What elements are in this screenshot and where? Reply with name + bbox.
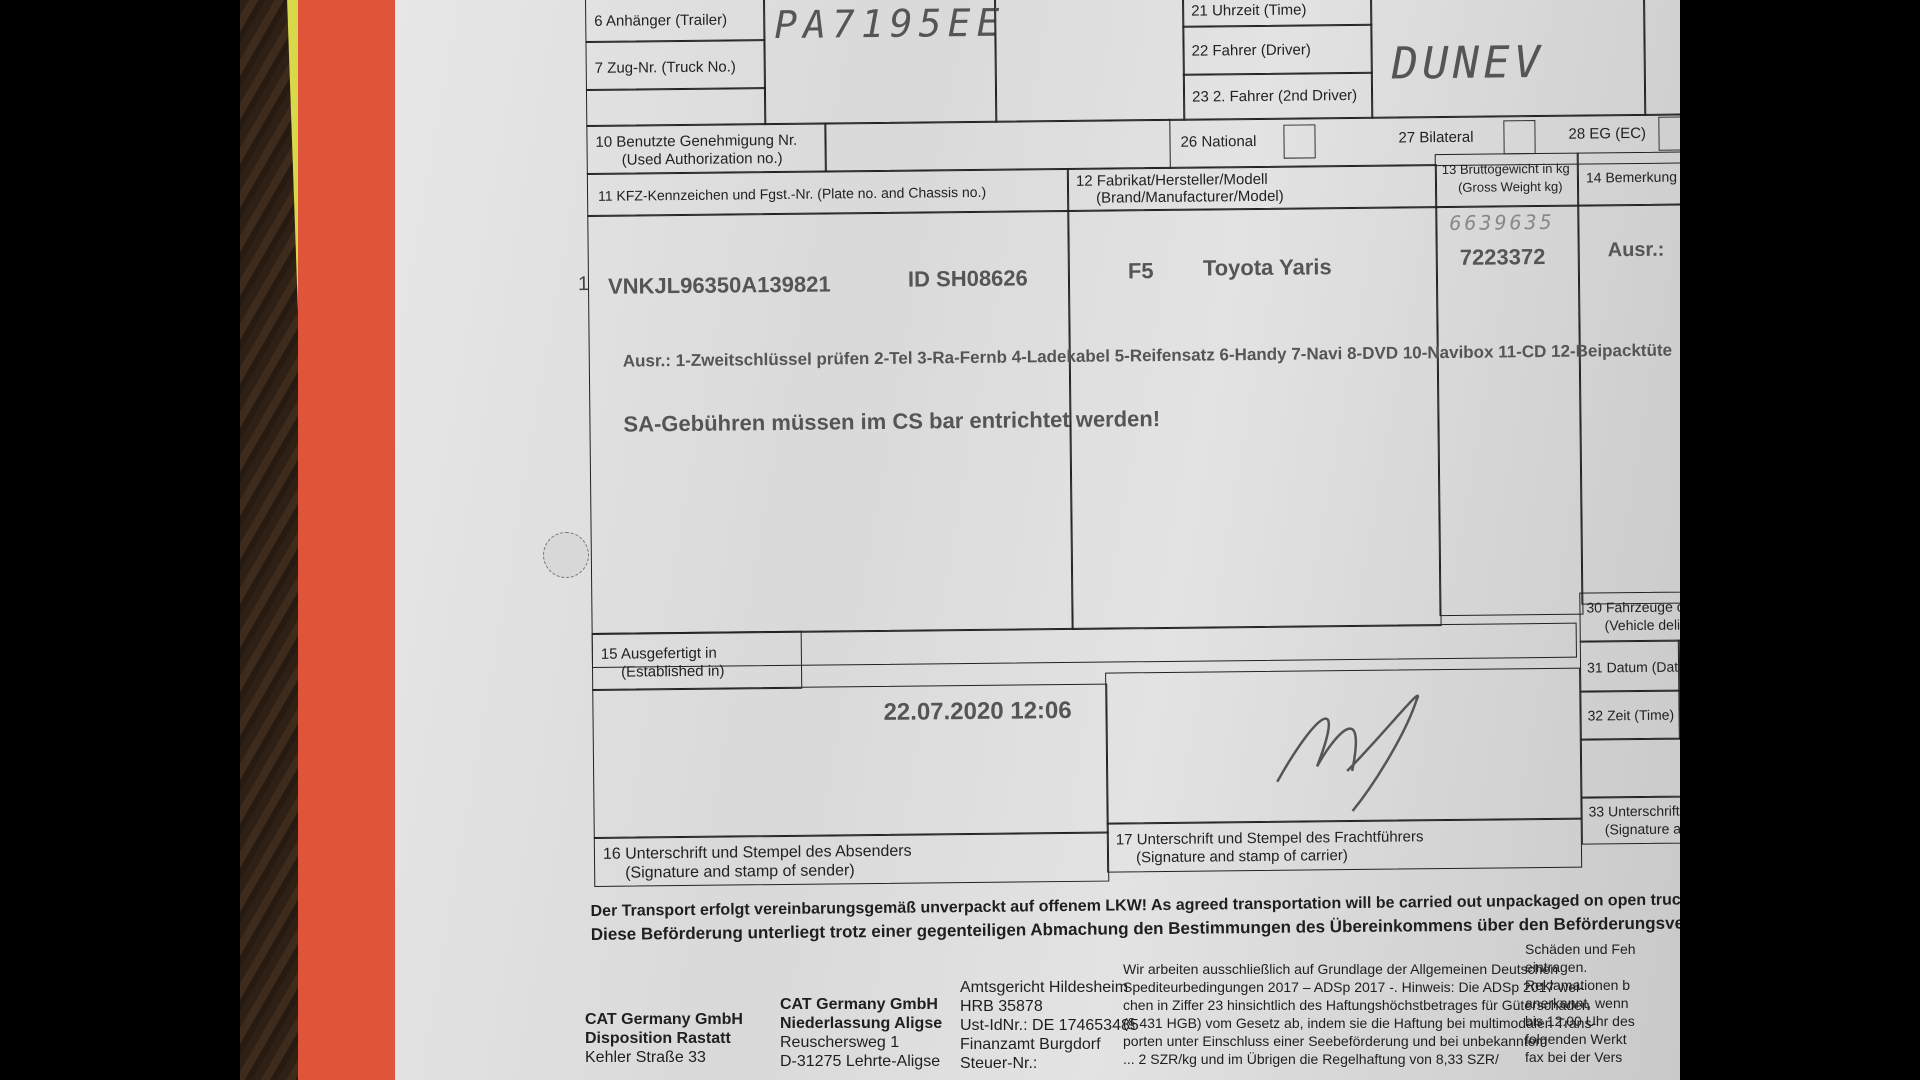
vehicle-id: ID SH08626 [908, 265, 1028, 292]
trailer-number: PA7195EE [774, 1, 1005, 47]
field-14: 14 Bemerkung (Observations) [1577, 151, 1680, 207]
label-weight-en: (Gross Weight kg) [1458, 178, 1563, 196]
label-sender-sign-en: (Signature and stamp of sender) [625, 862, 855, 881]
field-33: 33 Unterschrift und Stempel de (Signatur… [1581, 795, 1680, 845]
field-6: 6 Anhänger (Trailer) [585, 0, 765, 43]
field-11: 11 KFZ-Kennzeichen und Fgst.-Nr. (Plate … [587, 168, 1069, 217]
label-ec: 28 EG (EC) [1568, 125, 1646, 143]
field-7: 7 Zug-Nr. (Truck No.) [585, 39, 766, 91]
claims-line: eintragen. [1525, 958, 1636, 976]
company-address-2: CAT Germany GmbH Niederlassung Aligse Re… [780, 995, 942, 1071]
label-plate-chassis: 11 KFZ-Kennzeichen und Fgst.-Nr. (Plate … [598, 184, 986, 205]
label-2nd-driver: 23 2. Fahrer (2nd Driver) [1192, 87, 1357, 106]
field-13: 13 Bruttogewicht in kg (Gross Weight kg) [1435, 153, 1580, 209]
cmr-form-paper: 6 Anhänger (Trailer) 7 Zug-Nr. (Truck No… [395, 0, 1680, 1080]
field-time-value[interactable] [1678, 689, 1680, 740]
field-blank-right [1643, 0, 1680, 116]
field-driver-value[interactable]: DUNEV [1370, 0, 1646, 119]
label-consignee-sign-en: (Signature and stamp of co [1605, 820, 1680, 839]
company1-name: CAT Germany GmbH [585, 1010, 743, 1029]
field-blank [586, 87, 766, 127]
label-weight: 13 Bruttogewicht in kg [1442, 160, 1570, 178]
gross-weight: 7223372 [1460, 244, 1546, 271]
checkbox-bilateral[interactable] [1503, 120, 1535, 154]
checkbox-ec[interactable] [1658, 116, 1680, 150]
label-trailer: 6 Anhänger (Trailer) [594, 12, 727, 30]
label-authorization: 10 Benutzte Genehmigung Nr. [595, 132, 797, 151]
field-30: 30 Fahrzeuge ohne Schäden em (Vehicle de… [1579, 591, 1680, 643]
label-established: 15 Ausgefertigt in [601, 645, 717, 663]
label-sender-sign: 16 Unterschrift und Stempel des Absender… [603, 843, 912, 863]
field-31: 31 Datum (Date) [1580, 640, 1680, 693]
field-empty [994, 0, 1185, 123]
field-15: 15 Ausgefertigt in (Established in) [592, 631, 803, 691]
field-33-sign[interactable] [1581, 737, 1680, 799]
claims-line: Reklamationen b [1525, 976, 1636, 994]
field-32: 32 Zeit (Time) [1580, 690, 1680, 741]
label-truck: 7 Zug-Nr. (Truck No.) [595, 58, 736, 76]
chassis-number: VNKJL96350A139821 [608, 271, 831, 299]
vehicle-model: Toyota Yaris [1203, 254, 1332, 281]
field-trailer-value[interactable]: PA7195EE [763, 0, 997, 125]
label-carrier-sign-en: (Signature and stamp of carrier) [1136, 847, 1348, 866]
label-no-damage: 30 Fahrzeuge ohne Schäden em [1586, 597, 1680, 616]
row-index: 1 [578, 276, 589, 293]
label-no-damage-en: (Vehicle delivered without da [1605, 615, 1680, 634]
label-established-en: (Established in) [621, 663, 725, 681]
established-datetime: 22.07.2020 12:06 [883, 697, 1071, 727]
company2-name: CAT Germany GmbH [780, 995, 942, 1014]
form-grid: 6 Anhänger (Trailer) 7 Zug-Nr. (Truck No… [585, 0, 1680, 918]
body-col-4 [1577, 203, 1680, 605]
punch-hole [543, 532, 589, 578]
observation-text: Ausr.: [1608, 239, 1665, 263]
registry-tax-no: Steuer-Nr.: [960, 1054, 1139, 1073]
registry-info: Amtsgericht Hildesheim HRB 35878 Ust-IdN… [960, 978, 1139, 1073]
field-10: 10 Benutzte Genehmigung Nr. (Used Author… [586, 122, 827, 175]
field-17-area[interactable] [1105, 668, 1582, 825]
registry-hrb: HRB 35878 [960, 997, 1139, 1016]
label-zeit: 32 Zeit (Time) [1587, 707, 1674, 725]
label-brand-en: (Brand/Manufacturer/Model) [1096, 188, 1284, 207]
document-photo: Absender 6 Anhänger (Trailer) 7 Zug-Nr. … [240, 0, 1680, 1080]
field-16-area[interactable]: 22.07.2020 12:06 [592, 684, 1109, 839]
label-authorization-en: (Used Authorization no.) [622, 150, 783, 169]
company2-city: D-31275 Lehrte-Aligse [780, 1052, 942, 1071]
label-consignee-sign: 33 Unterschrift und Stempel de [1588, 802, 1680, 821]
claims-line: bis 12.00 Uhr des [1525, 1012, 1636, 1030]
field-16: 16 Unterschrift und Stempel des Absender… [594, 832, 1109, 887]
field-12: 12 Fabrikat/Hersteller/Modell (Brand/Man… [1067, 164, 1437, 212]
label-brand: 12 Fabrikat/Hersteller/Modell [1076, 171, 1268, 190]
field-23: 23 2. Fahrer (2nd Driver) [1183, 72, 1373, 121]
field-date-value[interactable] [1678, 639, 1680, 692]
handwritten-weight: 6639635 [1449, 210, 1555, 235]
company2-dept: Niederlassung Aligse [780, 1014, 942, 1033]
registry-tax-office: Finanzamt Burgdorf [960, 1035, 1139, 1054]
claims-line: anerkannt, wenn [1525, 994, 1636, 1012]
field-authorization-value[interactable] [824, 119, 1171, 173]
company1-dept: Disposition Rastatt [585, 1029, 743, 1048]
field-22: 22 Fahrer (Driver) [1182, 24, 1373, 76]
label-time: 21 Uhrzeit (Time) [1191, 1, 1306, 19]
claims-line: fax bei der Vers [1525, 1048, 1636, 1066]
model-code: F5 [1128, 258, 1154, 284]
label-observations: 14 Bemerkung (Observations) [1586, 168, 1680, 187]
checkbox-national[interactable] [1283, 124, 1315, 158]
field-17: 17 Unterschrift und Stempel des Frachtfü… [1107, 818, 1582, 873]
label-national: 26 National [1180, 133, 1256, 151]
label-driver: 22 Fahrer (Driver) [1192, 41, 1311, 59]
driver-name: DUNEV [1391, 37, 1544, 90]
claims-text: Schäden und Feh eintragen. Reklamationen… [1525, 940, 1636, 1066]
company2-street: Reuschersweg 1 [780, 1033, 942, 1052]
claims-line: folgenden Werkt [1525, 1030, 1636, 1048]
company1-street: Kehler Straße 33 [585, 1048, 743, 1067]
label-carrier-sign: 17 Unterschrift und Stempel des Frachtfü… [1116, 828, 1424, 848]
label-bilateral: 27 Bilateral [1398, 129, 1473, 147]
carrier-signature [1256, 669, 1498, 822]
label-date: 31 Datum (Date) [1587, 658, 1680, 676]
company-address-1: CAT Germany GmbH Disposition Rastatt Keh… [585, 1010, 743, 1067]
registry-vat: Ust-IdNr.: DE 174653485 [960, 1016, 1139, 1035]
registry-court: Amtsgericht Hildesheim [960, 978, 1139, 997]
claims-line: Schäden und Feh [1525, 940, 1636, 958]
